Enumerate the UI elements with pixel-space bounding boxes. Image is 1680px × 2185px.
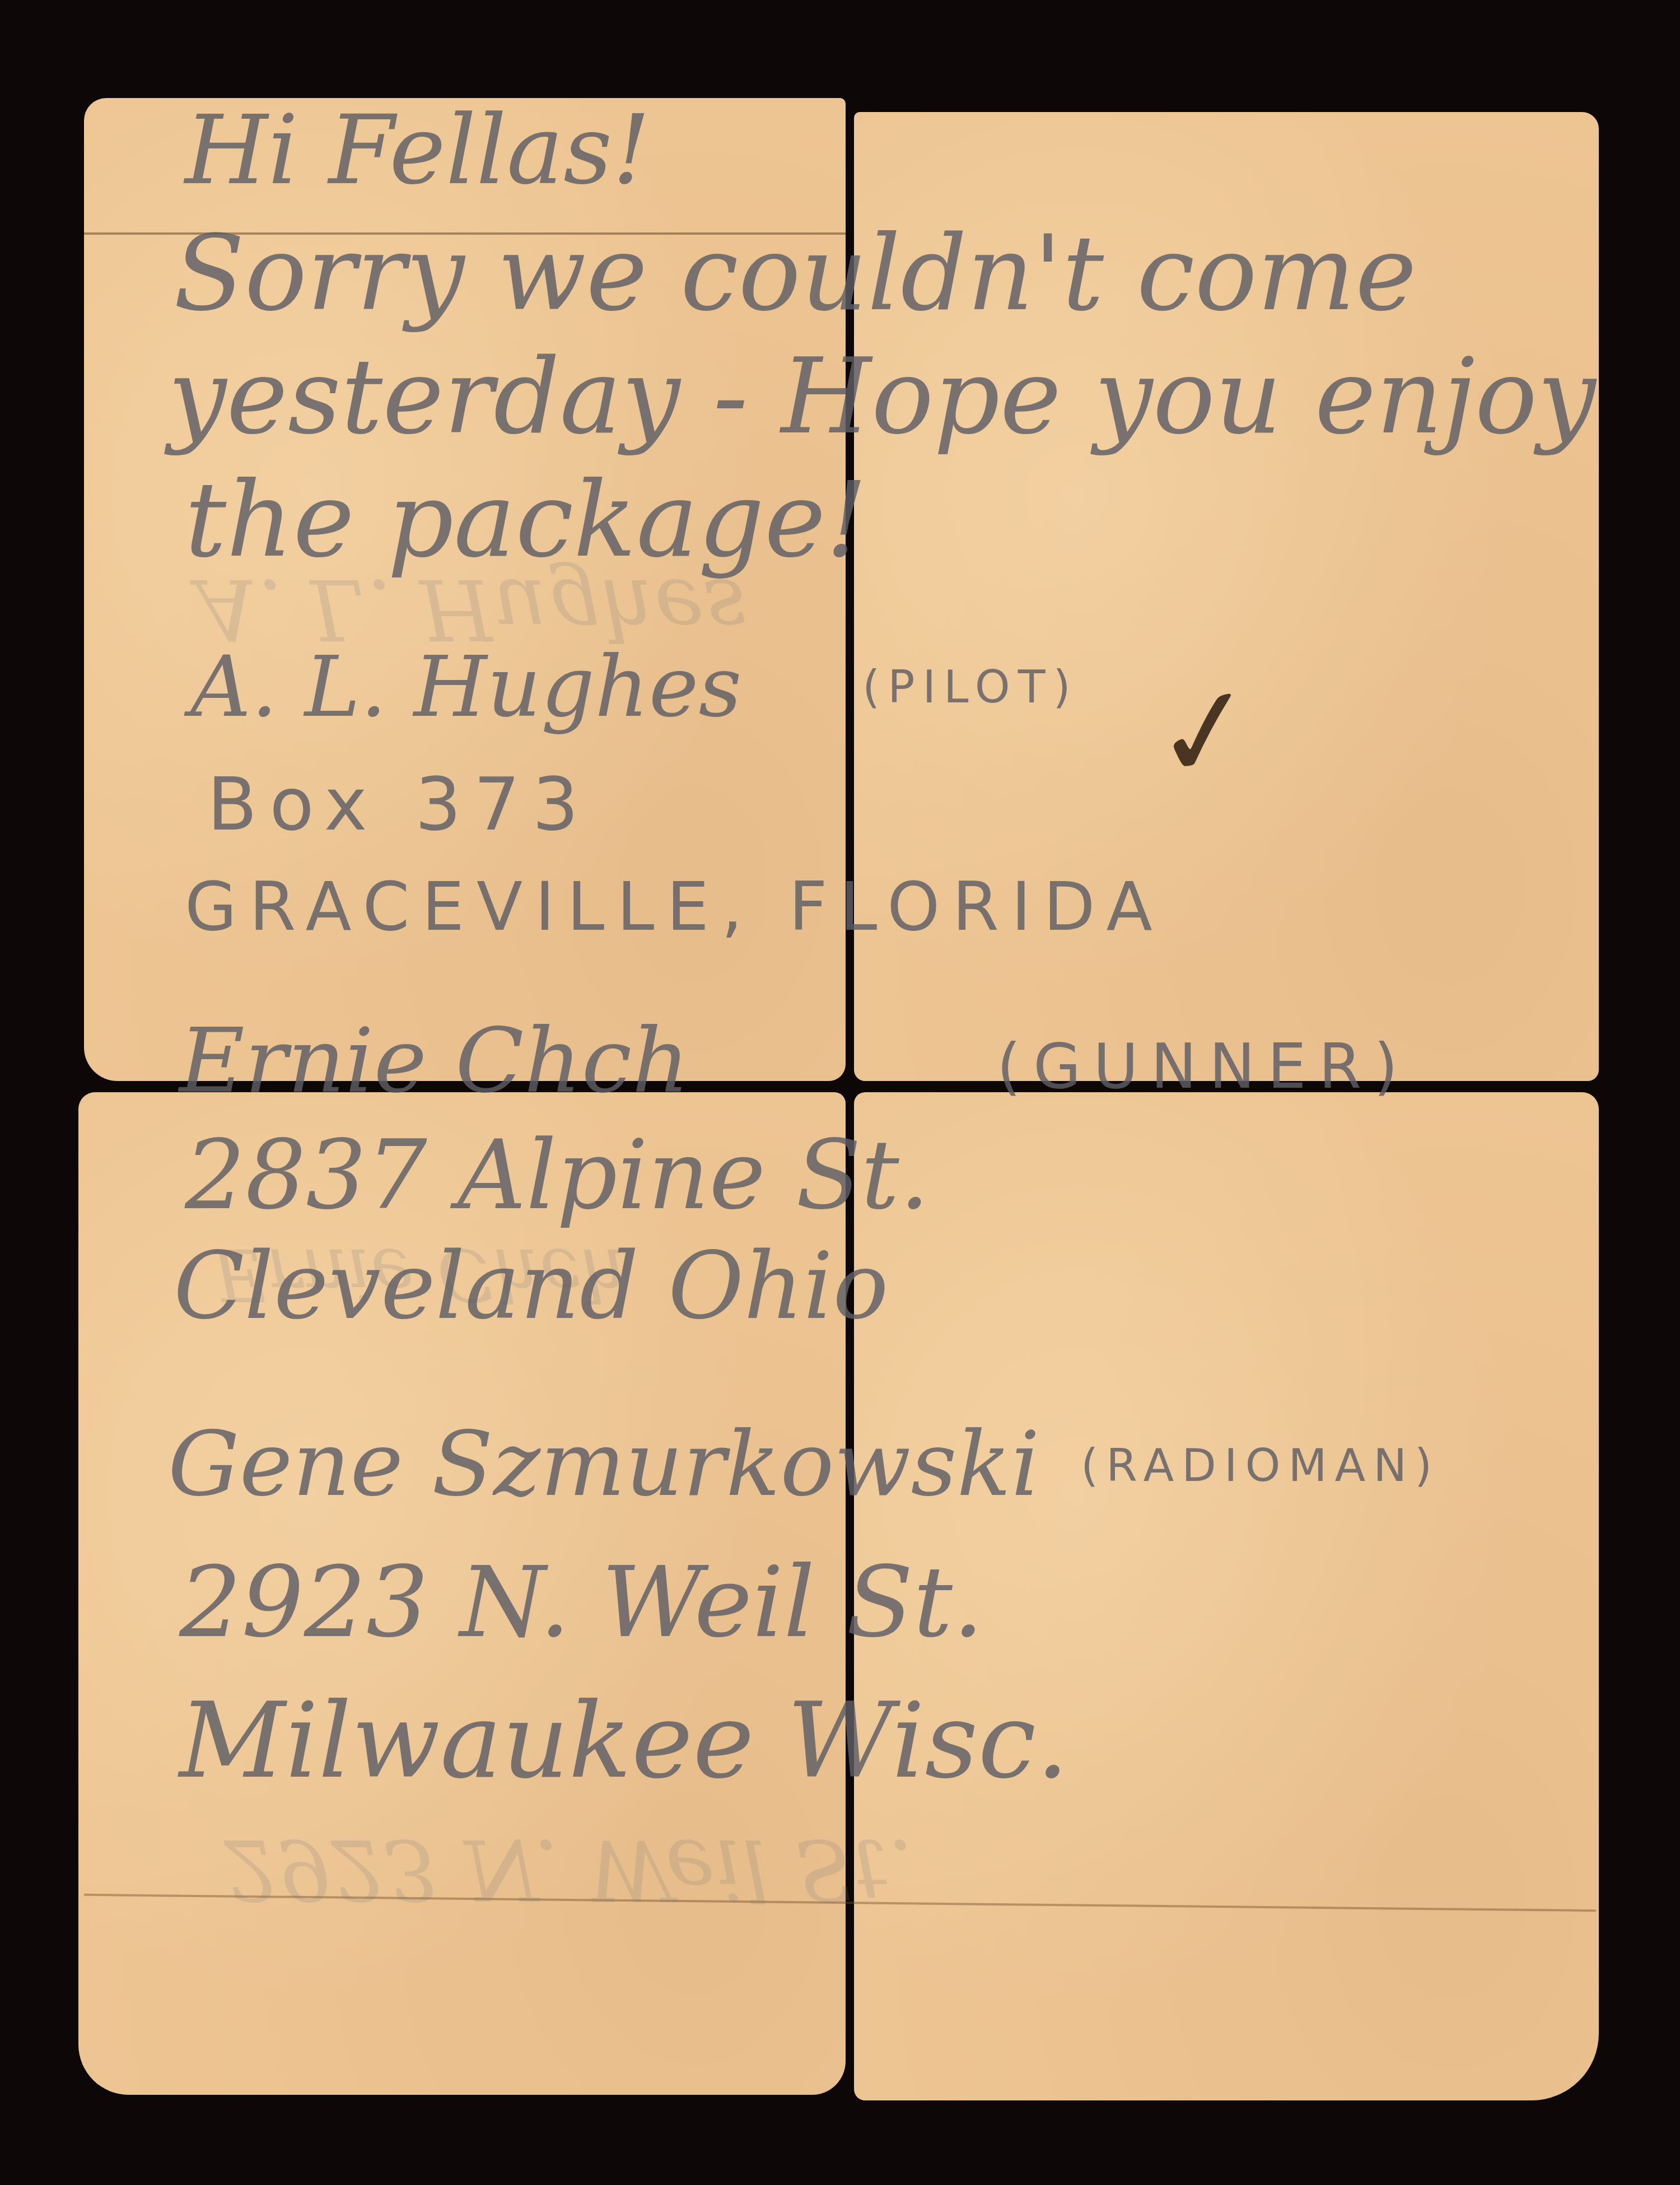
checkmark-icon: ✓ xyxy=(1144,654,1266,810)
crew-name: A. L. Hughes xyxy=(190,639,741,736)
address-line: 2837 Alpine St. xyxy=(185,1120,930,1231)
message-line: yesterday - Hope you enjoy xyxy=(168,336,1596,457)
crew-name: Ernie Chch xyxy=(179,1008,689,1113)
address-line: 2923 N. Weil St. xyxy=(179,1546,984,1660)
crew-role: (GUNNER) xyxy=(997,1031,1410,1102)
message-line: the package! xyxy=(185,459,867,580)
crew-name: Gene Szmurkowski xyxy=(168,1411,1040,1516)
bleed-through-text: 2923 N. Weil St. xyxy=(224,1820,914,1918)
address-line: Cleveland Ohio xyxy=(174,1232,889,1340)
crew-role: (RADIOMAN) xyxy=(1081,1439,1440,1492)
crew-role: (PILOT) xyxy=(862,661,1079,713)
message-line: Sorry we couldn't come xyxy=(174,213,1417,334)
address-line: GRACEVILLE, FLORIDA xyxy=(185,868,1165,946)
greeting: Hi Fellas! xyxy=(185,95,651,206)
address-line: Box 373 xyxy=(207,762,591,847)
address-line: Milwaukee Wisc. xyxy=(179,1680,1069,1801)
